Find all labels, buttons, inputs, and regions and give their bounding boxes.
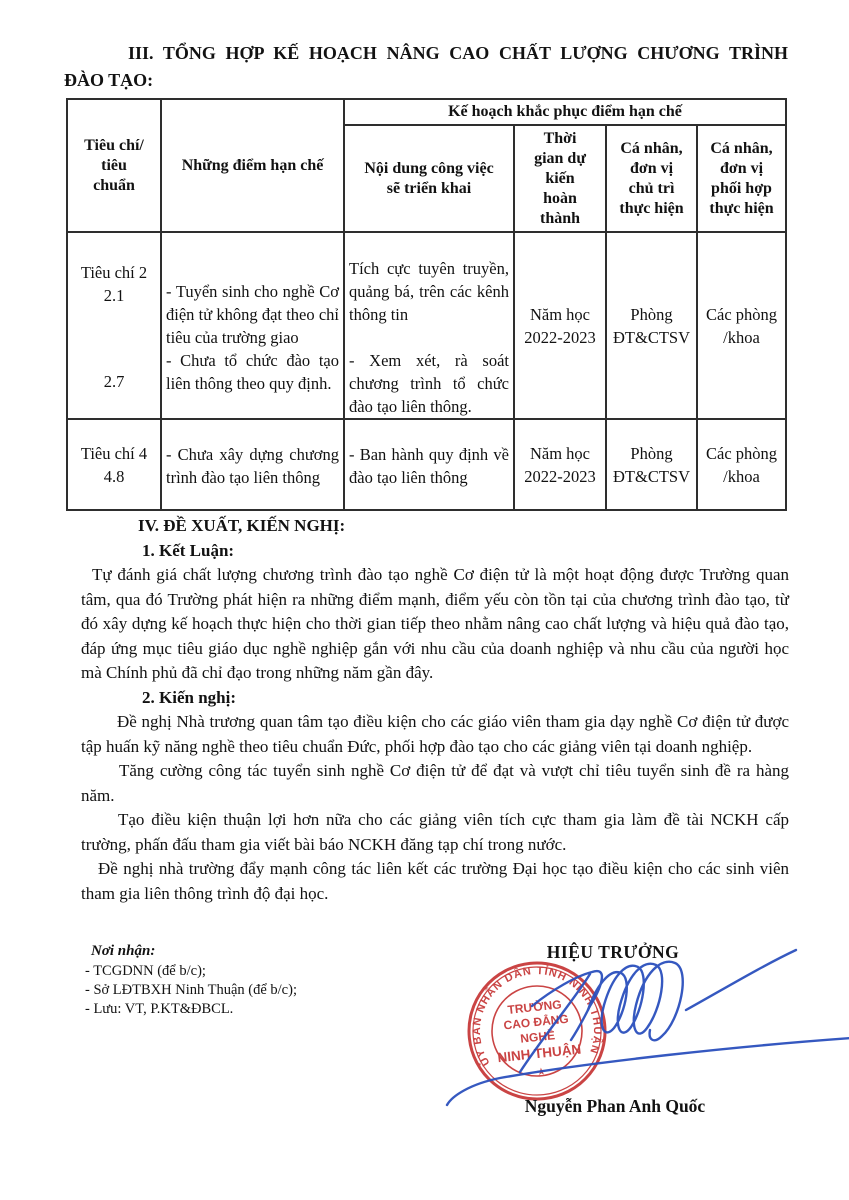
criteria-item: 2.1 <box>72 284 156 307</box>
recommendation-paragraph: Đề nghị Nhà trương quan tâm tạo điều kiệ… <box>81 710 789 759</box>
header-plan-span: Kế hoạch khắc phục điểm hạn chế <box>344 99 786 125</box>
section4: IV. ĐỀ XUẤT, KIẾN NGHỊ: 1. Kết Luận: Tự … <box>81 514 789 906</box>
recipients-block: Nơi nhận: - TCGDNN (để b/c); - Sở LĐTBXH… <box>85 942 297 1019</box>
table-row: Tiêu chí 2 2.1 2.7 - Tuyển sinh cho nghề… <box>67 232 786 419</box>
recipient-item: - Lưu: VT, P.KT&ĐBCL. <box>85 1000 297 1019</box>
header-criteria: Tiêu chí/ tiêu chuẩn <box>67 99 161 232</box>
recipient-item: - Sở LĐTBXH Ninh Thuận (để b/c); <box>85 981 297 1000</box>
cell-criteria-1: Tiêu chí 2 2.1 2.7 <box>67 232 161 419</box>
cell-time-1: Năm học 2022-2023 <box>514 232 606 419</box>
cell-lead-2: Phòng ĐT&CTSV <box>606 419 697 510</box>
criteria-item: 4.8 <box>72 465 156 488</box>
section4-heading: IV. ĐỀ XUẤT, KIẾN NGHỊ: <box>81 514 789 539</box>
limitation-paragraph: - Chưa xây dựng chương trình đào tạo liê… <box>166 443 339 489</box>
action-paragraph: Tích cực tuyên truyền, quảng bá, trên cá… <box>349 257 509 326</box>
improvement-plan-table: Tiêu chí/ tiêu chuẩn Những điểm hạn chế … <box>66 98 787 511</box>
cell-actions-1: Tích cực tuyên truyền, quảng bá, trên cá… <box>344 232 514 419</box>
section3-title-line2: ĐÀO TẠO: <box>64 67 788 94</box>
handwritten-signature-icon <box>440 928 849 1110</box>
cell-criteria-2: Tiêu chí 4 4.8 <box>67 419 161 510</box>
header-work-content: Nội dung công việc sẽ triển khai <box>344 125 514 232</box>
recommendation-paragraph: Đề nghị nhà trường đẩy mạnh công tác liê… <box>81 857 789 906</box>
criteria-group: Tiêu chí 2 <box>72 261 156 284</box>
action-paragraph: - Xem xét, rà soát chương trình tổ chức … <box>349 349 509 418</box>
recommendation-paragraph: Tăng cường công tác tuyển sinh nghề Cơ đ… <box>81 759 789 808</box>
conclusion-paragraph: Tự đánh giá chất lượng chương trình đào … <box>81 563 789 686</box>
recipient-item: - TCGDNN (để b/c); <box>85 962 297 981</box>
section3-title-line1: III. TỔNG HỢP KẾ HOẠCH NÂNG CAO CHẤT LƯỢ… <box>64 40 788 67</box>
table-row: Tiêu chí 4 4.8 - Chưa xây dựng chương tr… <box>67 419 786 510</box>
cell-lead-1: Phòng ĐT&CTSV <box>606 232 697 419</box>
cell-actions-2: - Ban hành quy định về đào tạo liên thôn… <box>344 419 514 510</box>
cell-limitations-1: - Tuyển sinh cho nghề Cơ điện tử không đ… <box>161 232 344 419</box>
action-paragraph: - Ban hành quy định về đào tạo liên thôn… <box>349 443 509 489</box>
section3-title: III. TỔNG HỢP KẾ HOẠCH NÂNG CAO CHẤT LƯỢ… <box>64 40 788 94</box>
criteria-group: Tiêu chí 4 <box>72 442 156 465</box>
conclusion-heading: 1. Kết Luận: <box>81 539 789 564</box>
recommendation-paragraph: Tạo điều kiện thuận lợi hơn nữa cho các … <box>81 808 789 857</box>
cell-time-2: Năm học 2022-2023 <box>514 419 606 510</box>
document-page: III. TỔNG HỢP KẾ HOẠCH NÂNG CAO CHẤT LƯỢ… <box>0 0 849 1200</box>
criteria-item: 2.7 <box>72 370 156 393</box>
signer-name: Nguyễn Phan Anh Quốc <box>495 1096 735 1117</box>
header-limitations: Những điểm hạn chế <box>161 99 344 232</box>
recipients-label: Nơi nhận: <box>91 942 297 961</box>
header-lead-unit: Cá nhân, đơn vị chủ trì thực hiện <box>606 125 697 232</box>
cell-limitations-2: - Chưa xây dựng chương trình đào tạo liê… <box>161 419 344 510</box>
limitation-paragraph: - Chưa tổ chức đào tạo liên thông theo q… <box>166 349 339 395</box>
cell-support-2: Các phòng /khoa <box>697 419 786 510</box>
limitation-paragraph: - Tuyển sinh cho nghề Cơ điện tử không đ… <box>166 280 339 349</box>
recommendation-heading: 2. Kiến nghị: <box>81 686 789 711</box>
cell-support-1: Các phòng /khoa <box>697 232 786 419</box>
header-expected-time: Thời gian dự kiến hoàn thành <box>514 125 606 232</box>
header-support-unit: Cá nhân, đơn vị phối hợp thực hiện <box>697 125 786 232</box>
